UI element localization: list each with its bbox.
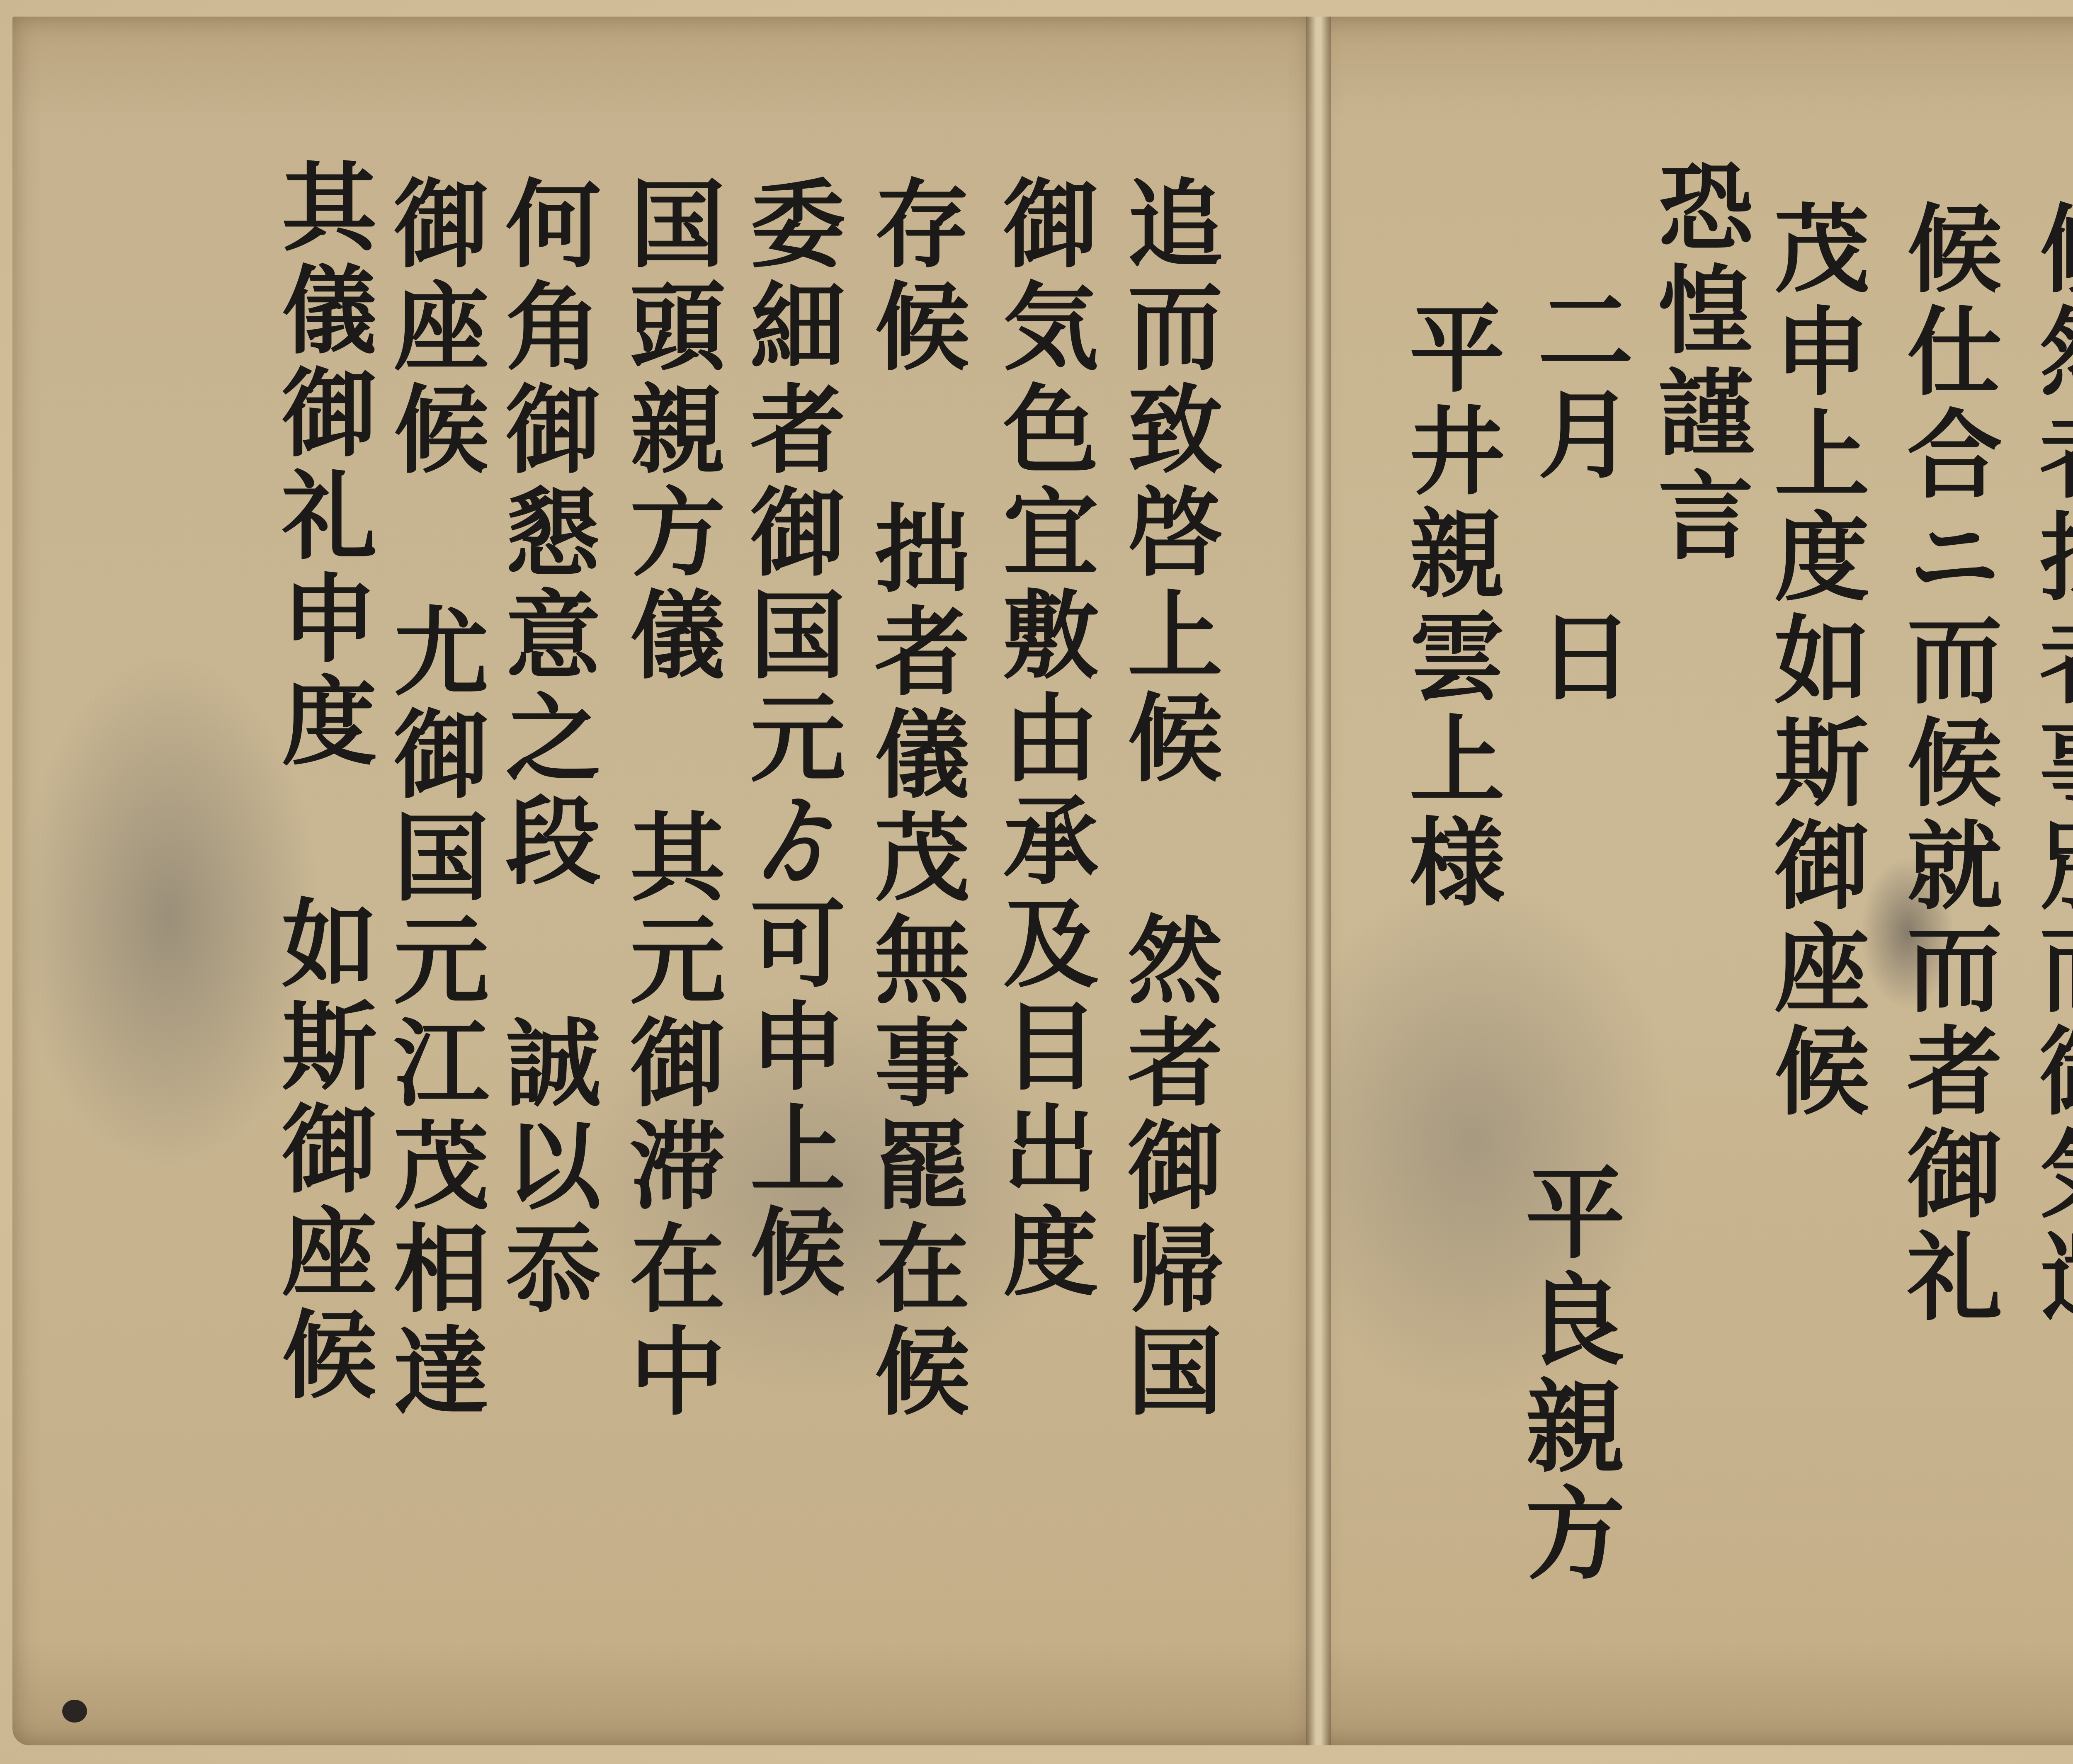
text-column-l3: 存候 拙者儀茂無事罷在候 <box>867 174 962 1424</box>
text-column-r3: 候然者拙者事別而御気遣 <box>2032 199 2073 1330</box>
text-column-l6: 何角御懇意之段 誠以忝 <box>498 174 593 1322</box>
text-column-l5: 国頭親方儀 其元御滞在中 <box>622 174 717 1424</box>
text-column-r5: 茂申上度如斯御座候 <box>1766 199 1862 1124</box>
addressee: 平井親雲上様 <box>1401 298 1497 915</box>
book-spine-fold <box>1306 17 1331 1745</box>
text-column-r4: 候仕合ニ而候就而者御礼 <box>1899 199 1994 1330</box>
text-column-l4: 委細者御国元ゟ可申上候 <box>742 174 837 1305</box>
text-column-r6-closing: 恐惶謹言 <box>1650 158 1745 569</box>
date-line: 二月 日 <box>1530 282 1625 710</box>
ink-blot <box>62 1700 87 1723</box>
signature: 平良親方 <box>1517 1161 1617 1589</box>
text-column-l2: 御気色宜敷由承及目出度 <box>995 174 1090 1305</box>
text-column-l1: 追而致啓上候 然者御帰国 <box>1119 174 1215 1424</box>
text-column-l8: 其儀御礼申度 如斯御座候 <box>274 158 369 1408</box>
text-column-l7: 御座候 尤御国元江茂相達 <box>386 174 481 1424</box>
